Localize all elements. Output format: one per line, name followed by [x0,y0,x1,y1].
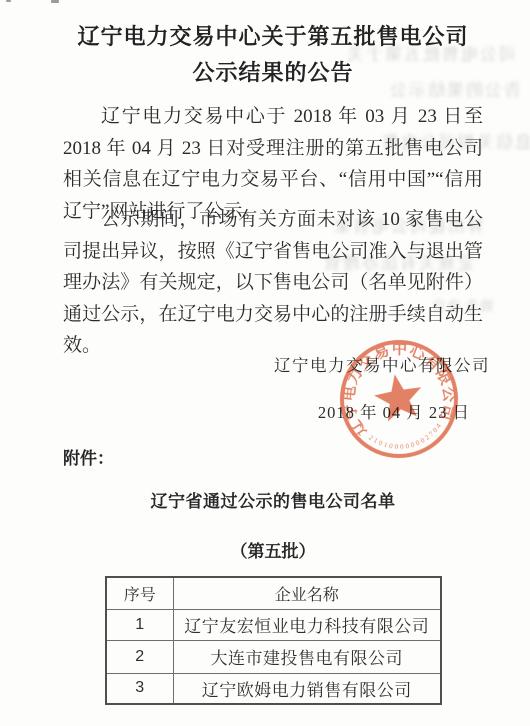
annex-subtitle: （第五批） [63,537,483,562]
scan-artifact [51,0,59,3]
table-header-row: 序号 企业名称 [106,577,441,609]
company-table: 序号 企业名称 1 辽宁友宏恒业电力科技有限公司 2 大连市建投售电有限公司 3… [105,576,442,705]
row-number: 1 [106,609,173,640]
announcement-document: 司公电售批五第于关 告公的果结示公 息信关相司公电售 异出提司公电售家 定规关有… [0,0,530,726]
body-paragraph-2: 公示期间，市场有关方面未对该 10 家售电公司提出异议，按照《辽宁省售电公司准入… [63,204,483,362]
company-name: 辽宁友宏恒业电力科技有限公司 [173,609,441,640]
row-number: 2 [106,640,173,673]
table-row: 2 大连市建投售电有限公司 [106,640,441,673]
annex-title: 辽宁省通过公示的售电公司名单 [63,487,483,512]
table-row: 3 辽宁欧姆电力销售有限公司 [106,673,441,704]
table-row: 1 辽宁友宏恒业电力科技有限公司 [106,609,441,640]
page-title-line-2: 公示结果的公告 [63,55,483,91]
svg-text:210100000002704: 210100000002704 [366,421,446,457]
attachment-label: 附件： [63,444,114,469]
scan-artifact [6,0,11,2]
row-number: 3 [106,673,173,704]
company-name: 辽宁欧姆电力销售有限公司 [173,673,441,704]
signature-company: 辽宁电力交易中心有限公司 [274,352,490,376]
page-title-line-1: 辽宁电力交易中心关于第五批售电公司 [63,19,483,55]
signature-date: 2018 年 04 月 23 日 [318,399,470,423]
company-name: 大连市建投售电有限公司 [173,640,441,673]
column-header-company: 企业名称 [173,577,441,609]
seal-serial-number: 210100000002704 [366,421,446,457]
column-header-no: 序号 [106,577,173,609]
page-title: 辽宁电力交易中心关于第五批售电公司 公示结果的公告 [63,19,483,91]
